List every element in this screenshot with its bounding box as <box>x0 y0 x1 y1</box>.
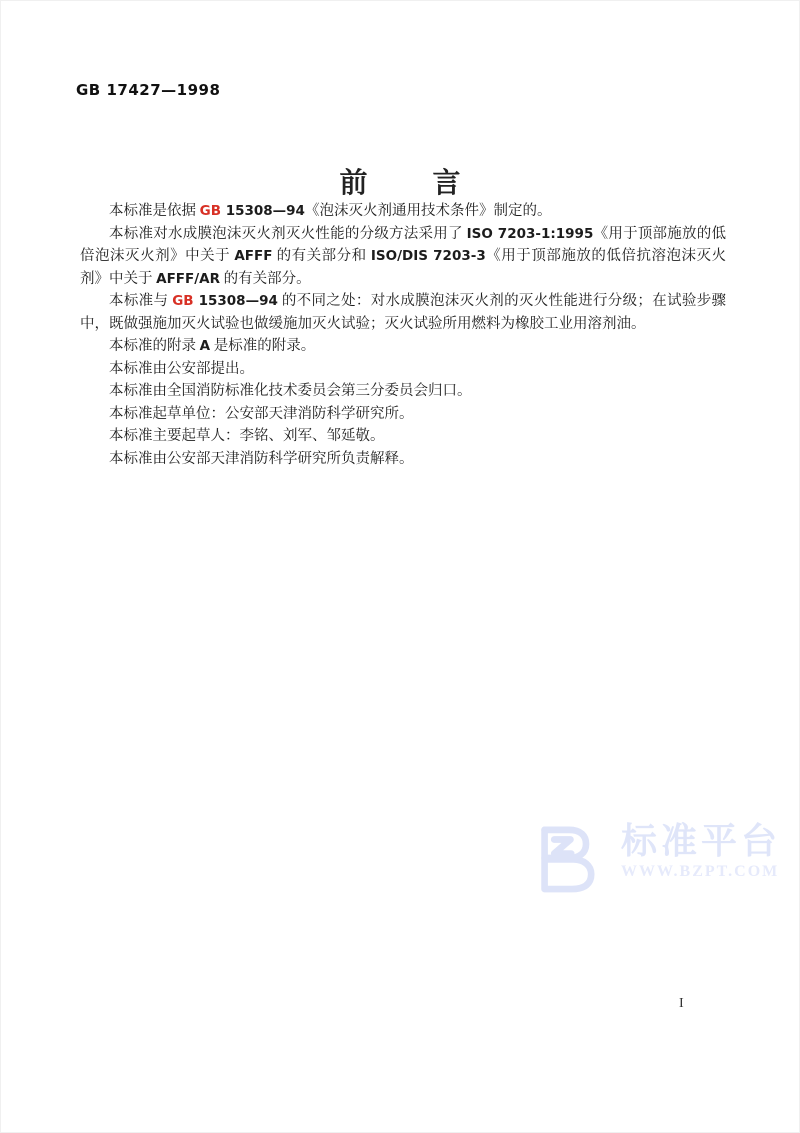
text-run: GB <box>200 203 221 219</box>
text-run: GB <box>172 293 193 309</box>
foreword-paragraph: 本标准主要起草人：李铭、刘军、邹延敬。 <box>80 425 726 448</box>
text-run: 本标准的附录 <box>109 338 200 354</box>
bz-logo-icon <box>523 821 615 895</box>
text-run: AFFF <box>234 248 272 264</box>
text-run: AFFF/AR <box>156 271 220 287</box>
standard-code: GB 17427—1998 <box>76 81 220 99</box>
text-run: 的有关部分。 <box>220 271 311 287</box>
watermark: 标准平台 WWW.BZPT.COM <box>523 821 781 895</box>
text-run: A <box>200 338 210 354</box>
foreword-paragraphs: 本标准是依据 GB 15308—94《泡沫灭火剂通用技术条件》制定的。本标准对水… <box>80 200 726 470</box>
watermark-url: WWW.BZPT.COM <box>621 863 781 881</box>
foreword-paragraph: 本标准由公安部提出。 <box>80 358 726 381</box>
foreword-paragraph: 本标准由公安部天津消防科学研究所负责解释。 <box>80 448 726 471</box>
foreword-paragraph: 本标准是依据 GB 15308—94《泡沫灭火剂通用技术条件》制定的。 <box>80 200 726 223</box>
document-page: GB 17427—1998 前 言 本标准是依据 GB 15308—94《泡沫灭… <box>0 0 800 1133</box>
text-run: 15308—94 <box>194 293 278 309</box>
text-run: 本标准由公安部提出。 <box>109 361 254 377</box>
text-run: 本标准对水成膜泡沫灭火剂灭火性能的分级方法采用了 <box>109 226 467 242</box>
text-run: 本标准由公安部天津消防科学研究所负责解释。 <box>109 451 414 467</box>
foreword-paragraph: 本标准起草单位：公安部天津消防科学研究所。 <box>80 403 726 426</box>
text-run: 是标准的附录。 <box>210 338 315 354</box>
text-run: 本标准主要起草人：李铭、刘军、邹延敬。 <box>109 428 385 444</box>
text-run: ISO/DIS 7203-3 <box>371 248 486 264</box>
text-run: 本标准起草单位：公安部天津消防科学研究所。 <box>109 406 414 422</box>
text-run: 本标准由全国消防标准化技术委员会第三分委员会归口。 <box>109 383 472 399</box>
page-title: 前 言 <box>1 161 799 201</box>
text-run: 本标准与 <box>109 293 172 309</box>
foreword-paragraph: 本标准对水成膜泡沫灭火剂灭火性能的分级方法采用了 ISO 7203-1:1995… <box>80 223 726 291</box>
foreword-paragraph: 本标准由全国消防标准化技术委员会第三分委员会归口。 <box>80 380 726 403</box>
watermark-text: 标准平台 WWW.BZPT.COM <box>621 821 781 881</box>
page-number: I <box>679 996 684 1012</box>
text-run: ISO 7203-1:1995 <box>467 226 594 242</box>
watermark-brand: 标准平台 <box>621 821 781 861</box>
text-run: 15308—94 <box>221 203 305 219</box>
text-run: 本标准是依据 <box>109 203 200 219</box>
foreword-paragraph: 本标准与 GB 15308—94 的不同之处：对水成膜泡沫灭火剂的灭火性能进行分… <box>80 290 726 335</box>
foreword-paragraph: 本标准的附录 A 是标准的附录。 <box>80 335 726 358</box>
text-run: 《泡沫灭火剂通用技术条件》制定的。 <box>305 203 552 219</box>
text-run: 的有关部分和 <box>272 248 370 264</box>
